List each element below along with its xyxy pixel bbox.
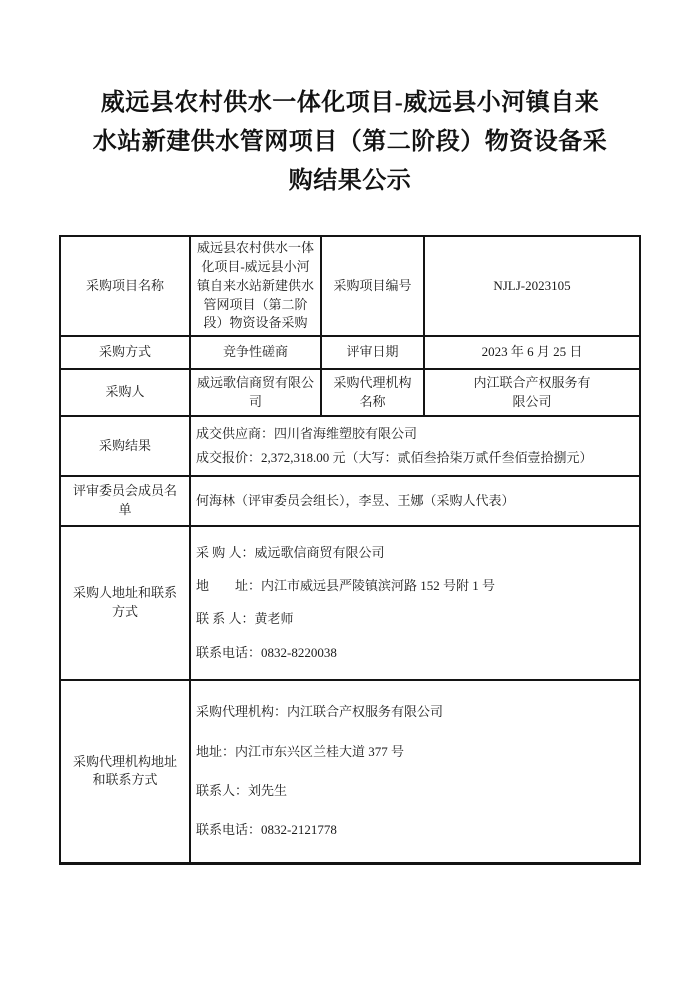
winning-price-line: 成交报价：2,372,318.00 元（大写：贰佰叁拾柒万贰仟叁佰壹拾捌元） (196, 449, 634, 468)
agency-name-label-text: 采购代理机构名称 (333, 374, 413, 412)
project-name-label: 采购项目名称 (60, 236, 190, 336)
agency-contact-label: 采购代理机构地址和联系方式 (60, 680, 190, 863)
purchaser-contact-value: 采 购 人：威远歌信商贸有限公司 地 址：内江市威远县严陵镇滨河路 152 号附… (190, 526, 640, 680)
purchaser-address-line: 地 址：内江市威远县严陵镇滨河路 152 号附 1 号 (196, 577, 634, 596)
agency-contact-person-line: 联系人：刘先生 (196, 782, 634, 801)
table-row-committee: 评审委员会成员名单 何海林（评审委员会组长），李昱、王娜（采购人代表） (60, 476, 640, 526)
committee-members-value: 何海林（评审委员会组长），李昱、王娜（采购人代表） (190, 476, 640, 526)
agency-address-line: 地址：内江市东兴区兰桂大道 377 号 (196, 743, 634, 762)
procurement-result-table: 采购项目名称 威远县农村供水一体化项目-威远县小河镇自来水站新建供水管网项目（第… (59, 235, 641, 865)
purchaser-contact-label: 采购人地址和联系方式 (60, 526, 190, 680)
purchaser-name-line: 采 购 人：威远歌信商贸有限公司 (196, 544, 634, 563)
winning-supplier-line: 成交供应商：四川省海维塑胶有限公司 (196, 425, 634, 444)
agency-name-label: 采购代理机构名称 (321, 369, 424, 416)
procurement-method-value: 竞争性磋商 (190, 336, 321, 369)
review-date-value: 2023 年 6 月 25 日 (424, 336, 640, 369)
committee-label: 评审委员会成员名单 (60, 476, 190, 526)
purchaser-label: 采购人 (60, 369, 190, 416)
agency-contact-lines: 采购代理机构：内江联合产权服务有限公司 地址：内江市东兴区兰桂大道 377 号 … (196, 683, 634, 860)
purchaser-contact-label-text: 采购人地址和联系方式 (72, 584, 178, 622)
agency-name-line: 采购代理机构：内江联合产权服务有限公司 (196, 703, 634, 722)
table-row-purchaser: 采购人 威远歌信商贸有限公司 采购代理机构名称 内江联合产权服务有限公司 (60, 369, 640, 416)
agency-contact-value: 采购代理机构：内江联合产权服务有限公司 地址：内江市东兴区兰桂大道 377 号 … (190, 680, 640, 863)
document-title: 威远县农村供水一体化项目-威远县小河镇自来水站新建供水管网项目（第二阶段）物资设… (89, 84, 611, 201)
review-date-label: 评审日期 (321, 336, 424, 369)
committee-label-text: 评审委员会成员名单 (72, 482, 178, 520)
project-number-label: 采购项目编号 (321, 236, 424, 336)
document-page: 威远县农村供水一体化项目-威远县小河镇自来水站新建供水管网项目（第二阶段）物资设… (0, 0, 700, 989)
agency-name-value-text: 内江联合产权服务有限公司 (473, 374, 591, 412)
purchaser-phone-line: 联系电话：0832-8220038 (196, 644, 634, 663)
agency-name-value: 内江联合产权服务有限公司 (424, 369, 640, 416)
table-row-result: 采购结果 成交供应商：四川省海维塑胶有限公司 成交报价：2,372,318.00… (60, 416, 640, 476)
project-name-value: 威远县农村供水一体化项目-威远县小河镇自来水站新建供水管网项目（第二阶段）物资设… (190, 236, 321, 336)
table-row-project: 采购项目名称 威远县农村供水一体化项目-威远县小河镇自来水站新建供水管网项目（第… (60, 236, 640, 336)
agency-contact-label-text: 采购代理机构地址和联系方式 (72, 753, 178, 791)
result-label: 采购结果 (60, 416, 190, 476)
table-row-purchaser-contact: 采购人地址和联系方式 采 购 人：威远歌信商贸有限公司 地 址：内江市威远县严陵… (60, 526, 640, 680)
project-number-value: NJLJ-2023105 (424, 236, 640, 336)
result-lines: 成交供应商：四川省海维塑胶有限公司 成交报价：2,372,318.00 元（大写… (196, 419, 634, 473)
procurement-method-label: 采购方式 (60, 336, 190, 369)
purchaser-contact-lines: 采 购 人：威远歌信商贸有限公司 地 址：内江市威远县严陵镇滨河路 152 号附… (196, 529, 634, 677)
purchaser-contact-person-line: 联 系 人：黄老师 (196, 610, 634, 629)
agency-phone-line: 联系电话：0832-2121778 (196, 821, 634, 840)
result-value: 成交供应商：四川省海维塑胶有限公司 成交报价：2,372,318.00 元（大写… (190, 416, 640, 476)
table-row-method: 采购方式 竞争性磋商 评审日期 2023 年 6 月 25 日 (60, 336, 640, 369)
table-row-agency-contact: 采购代理机构地址和联系方式 采购代理机构：内江联合产权服务有限公司 地址：内江市… (60, 680, 640, 863)
purchaser-value: 威远歌信商贸有限公司 (190, 369, 321, 416)
